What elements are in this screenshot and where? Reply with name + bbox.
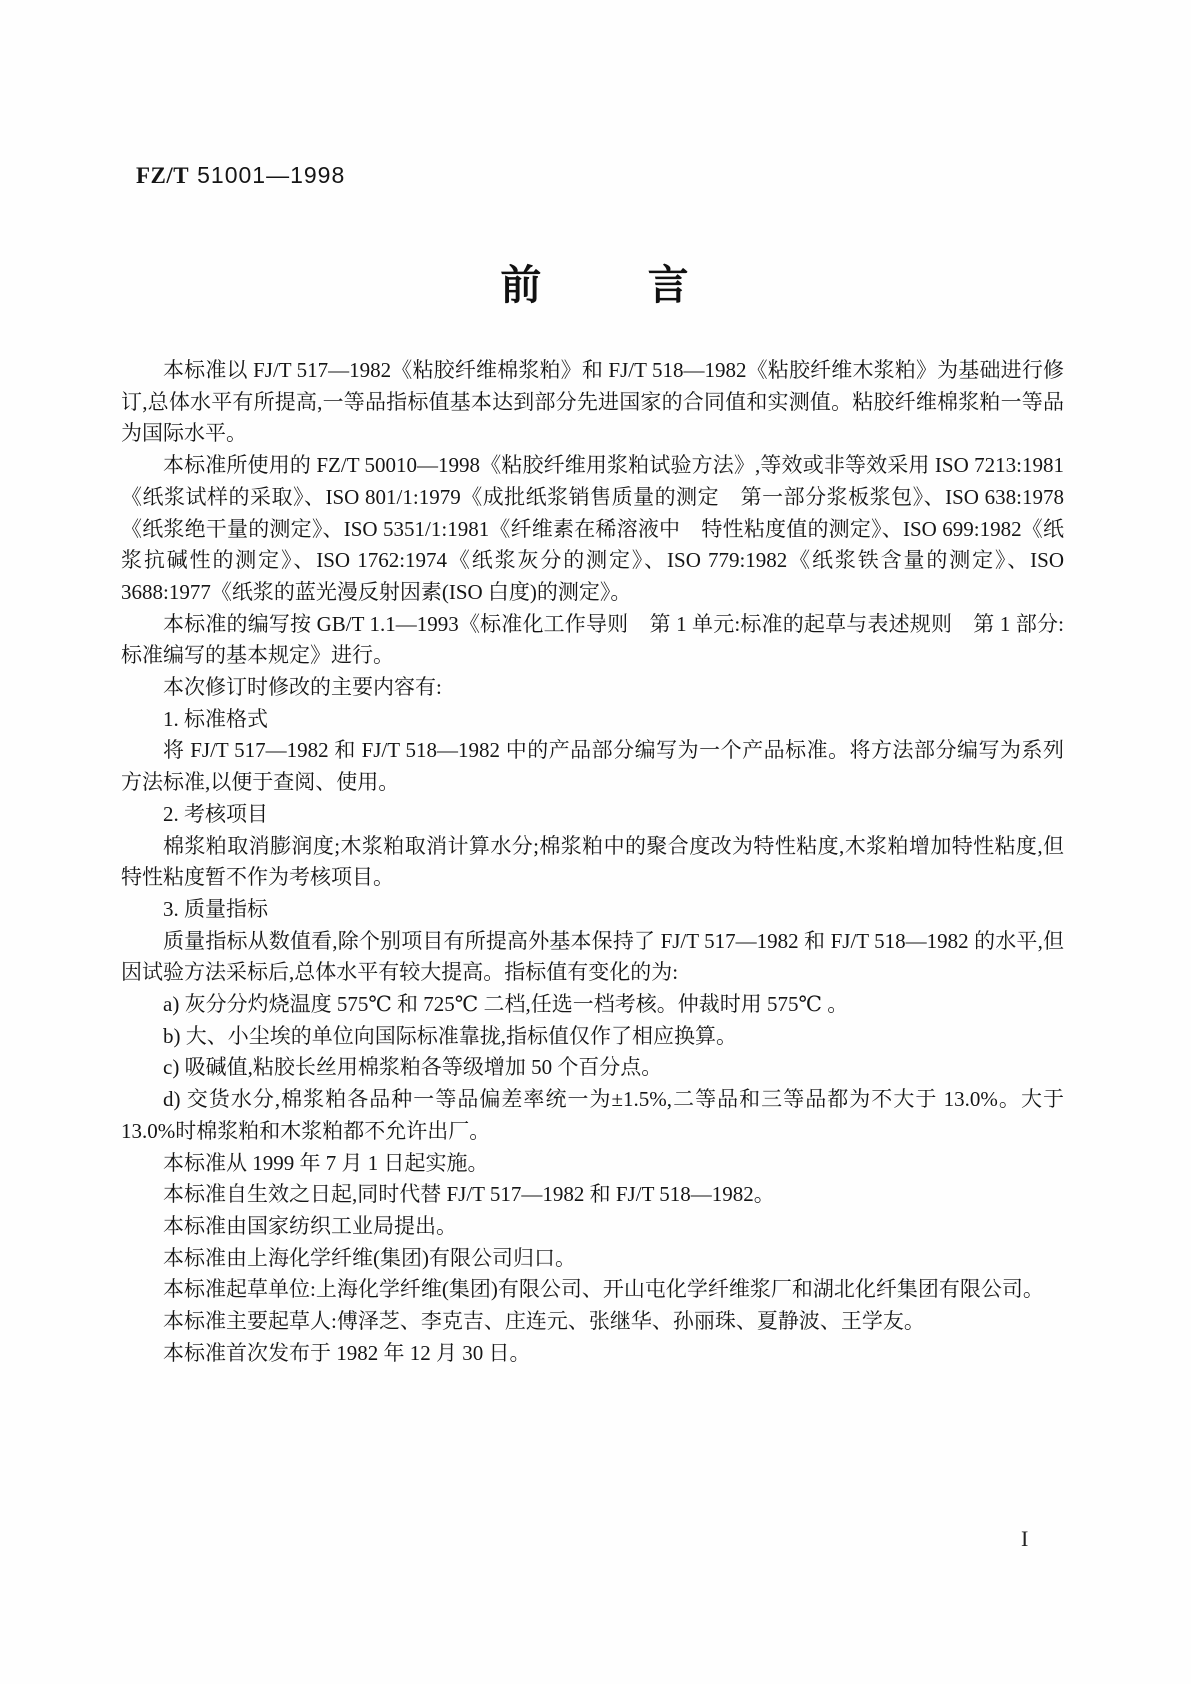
item-3-body: 质量指标从数值看,除个别项目有所提高外基本保持了 FJ/T 517—1982 和… [121,926,1064,989]
item-1-heading: 1. 标准格式 [121,704,1064,736]
standard-code-number: 51001—1998 [197,162,345,188]
foreword-body: 本标准以 FJ/T 517—1982《粘胶纤维棉浆粕》和 FJ/T 518—19… [121,355,1064,1370]
item-3-heading: 3. 质量指标 [121,894,1064,926]
paragraph-proposed-by: 本标准由国家纺织工业局提出。 [121,1211,1064,1243]
paragraph-replaces: 本标准自生效之日起,同时代替 FJ/T 517—1982 和 FJ/T 518—… [121,1179,1064,1211]
paragraph-drafters: 本标准主要起草人:傅泽芝、李克吉、庄连元、张继华、孙丽珠、夏静波、王学友。 [121,1306,1064,1338]
paragraph-first-published: 本标准首次发布于 1982 年 12 月 30 日。 [121,1338,1064,1370]
standard-code: FZ/T51001—1998 [136,162,345,189]
list-item-c: c) 吸碱值,粘胶长丝用棉浆粕各等级增加 50 个百分点。 [121,1052,1064,1084]
list-item-b: b) 大、小尘埃的单位向国际标准靠拢,指标值仅作了相应换算。 [121,1021,1064,1053]
paragraph-revision-intro: 本次修订时修改的主要内容有: [121,672,1064,704]
paragraph-drafting-rules: 本标准的编写按 GB/T 1.1—1993《标准化工作导则 第 1 单元:标准的… [121,609,1064,672]
paragraph-drafting-units: 本标准起草单位:上海化学纤维(集团)有限公司、开山屯化学纤维浆厂和湖北化纤集团有… [121,1274,1064,1306]
paragraph-implementation-date: 本标准从 1999 年 7 月 1 日起实施。 [121,1148,1064,1180]
document-page: FZ/T51001—1998 前 言 本标准以 FJ/T 517—1982《粘胶… [0,0,1191,1684]
foreword-title: 前 言 [0,252,1191,311]
list-item-a: a) 灰分分灼烧温度 575℃ 和 725℃ 二档,任选一档考核。仲裁时用 57… [121,989,1064,1021]
paragraph-test-methods-iso: 本标准所使用的 FZ/T 50010—1998《粘胶纤维用浆粕试验方法》,等效或… [121,450,1064,609]
standard-code-prefix: FZ/T [136,163,189,188]
paragraph-managed-by: 本标准由上海化学纤维(集团)有限公司归口。 [121,1243,1064,1275]
page-number: I [1021,1526,1028,1552]
item-1-body: 将 FJ/T 517—1982 和 FJ/T 518—1982 中的产品部分编写… [121,735,1064,798]
item-2-body: 棉浆粕取消膨润度;木浆粕取消计算水分;棉浆粕中的聚合度改为特性粘度,木浆粕增加特… [121,831,1064,894]
item-2-heading: 2. 考核项目 [121,799,1064,831]
paragraph-basis-revision: 本标准以 FJ/T 517—1982《粘胶纤维棉浆粕》和 FJ/T 518—19… [121,355,1064,450]
list-item-d: d) 交货水分,棉浆粕各品种一等品偏差率统一为±1.5%,二等品和三等品都为不大… [121,1084,1064,1147]
